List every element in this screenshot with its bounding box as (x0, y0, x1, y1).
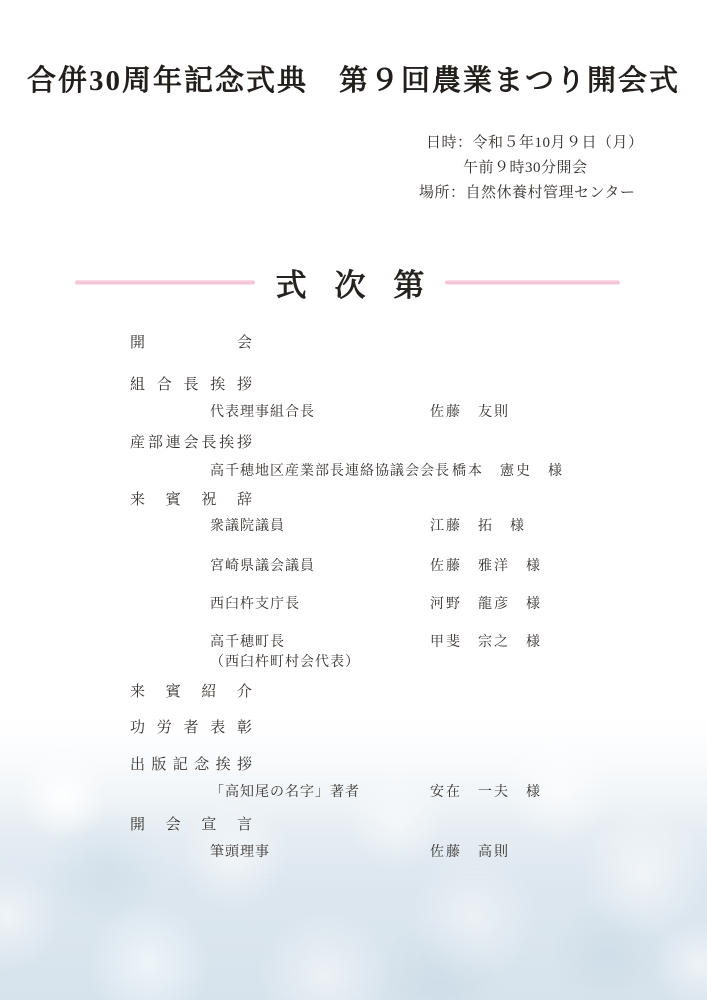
program-item-chairman-greeting: 組合長挨拶 (130, 375, 252, 395)
entry-role: 「高知尾の名字」著者 (210, 783, 430, 803)
entry-role: 高千穂地区産業部長連絡協議会会長 (210, 462, 452, 482)
program-entry: 代表理事組合長 佐藤 友則 (130, 403, 600, 423)
program-entry: 高千穂地区産業部長連絡協議会会長 橋本 憲史 様 (130, 462, 600, 482)
ceremony-program-page: 合併30周年記念式典 第９回農業まつり開会式 日時：令和５年10月９日（月） 午… (0, 0, 707, 1000)
program-list: 開会 組合長挨拶 代表理事組合長 佐藤 友則 産部連会長挨拶 高千穂地区産業部長… (130, 333, 600, 863)
event-start-time: 午前９時30分開会 (419, 156, 644, 181)
entry-name: 佐藤 友則 (430, 403, 510, 423)
entry-role: 西臼杵支庁長 (210, 595, 430, 615)
entry-role: 筆頭理事 (210, 843, 430, 863)
entry-role: 宮崎県議会議員 (210, 557, 430, 577)
program-entry: 宮崎県議会議員 佐藤 雅洋 様 (130, 557, 600, 577)
program-item-sanburen-greeting: 産部連会長挨拶 (130, 433, 252, 453)
event-location: 場所：自然休養村管理センター (419, 181, 644, 206)
entry-name: 橋本 憲史 様 (452, 462, 564, 482)
entry-role: 衆議院議員 (210, 517, 430, 537)
program-item-guest-speeches: 来賓祝辞 (130, 490, 252, 510)
entry-name: 佐藤 高則 (430, 843, 510, 863)
entry-role-block: 高千穂町長 （西臼杵町村会代表） (210, 633, 430, 673)
program-item-opening: 開会 (130, 333, 252, 353)
section-heading: 式次第 (255, 260, 473, 305)
program-entry: 高千穂町長 （西臼杵町村会代表） 甲斐 宗之 様 (130, 633, 600, 673)
program-entry: 「高知尾の名字」著者 安在 一夫 様 (130, 783, 600, 803)
program-entry: 西臼杵支庁長 河野 龍彦 様 (130, 595, 600, 615)
program-entry: 筆頭理事 佐藤 高則 (130, 843, 600, 863)
entry-name: 甲斐 宗之 様 (430, 633, 542, 653)
pink-rule-left (75, 280, 255, 285)
entry-name: 江藤 拓 様 (430, 517, 526, 537)
entry-role: 高千穂町長 (210, 633, 428, 653)
program-entry: 衆議院議員 江藤 拓 様 (130, 517, 600, 537)
program-item-guest-introduction: 来賓紹介 (130, 682, 252, 702)
entry-name: 安在 一夫 様 (430, 783, 542, 803)
program-item-commendation: 功労者表彰 (130, 718, 252, 738)
event-datetime: 日時：令和５年10月９日（月） (419, 131, 644, 156)
entry-name: 佐藤 雅洋 様 (430, 557, 542, 577)
event-meta: 日時：令和５年10月９日（月） 午前９時30分開会 場所：自然休養村管理センター (419, 131, 644, 206)
program-item-publication-greeting: 出版記念挨拶 (130, 755, 252, 775)
entry-name: 河野 龍彦 様 (430, 595, 542, 615)
entry-role: 代表理事組合長 (210, 403, 430, 423)
page-title: 合併30周年記念式典 第９回農業まつり開会式 (0, 58, 707, 99)
pink-rule-right (445, 280, 620, 285)
entry-role-note: （西臼杵町村会代表） (210, 653, 428, 673)
section-heading-row: 式次第 (0, 260, 707, 305)
program-item-opening-declaration: 開会宣言 (130, 815, 252, 835)
